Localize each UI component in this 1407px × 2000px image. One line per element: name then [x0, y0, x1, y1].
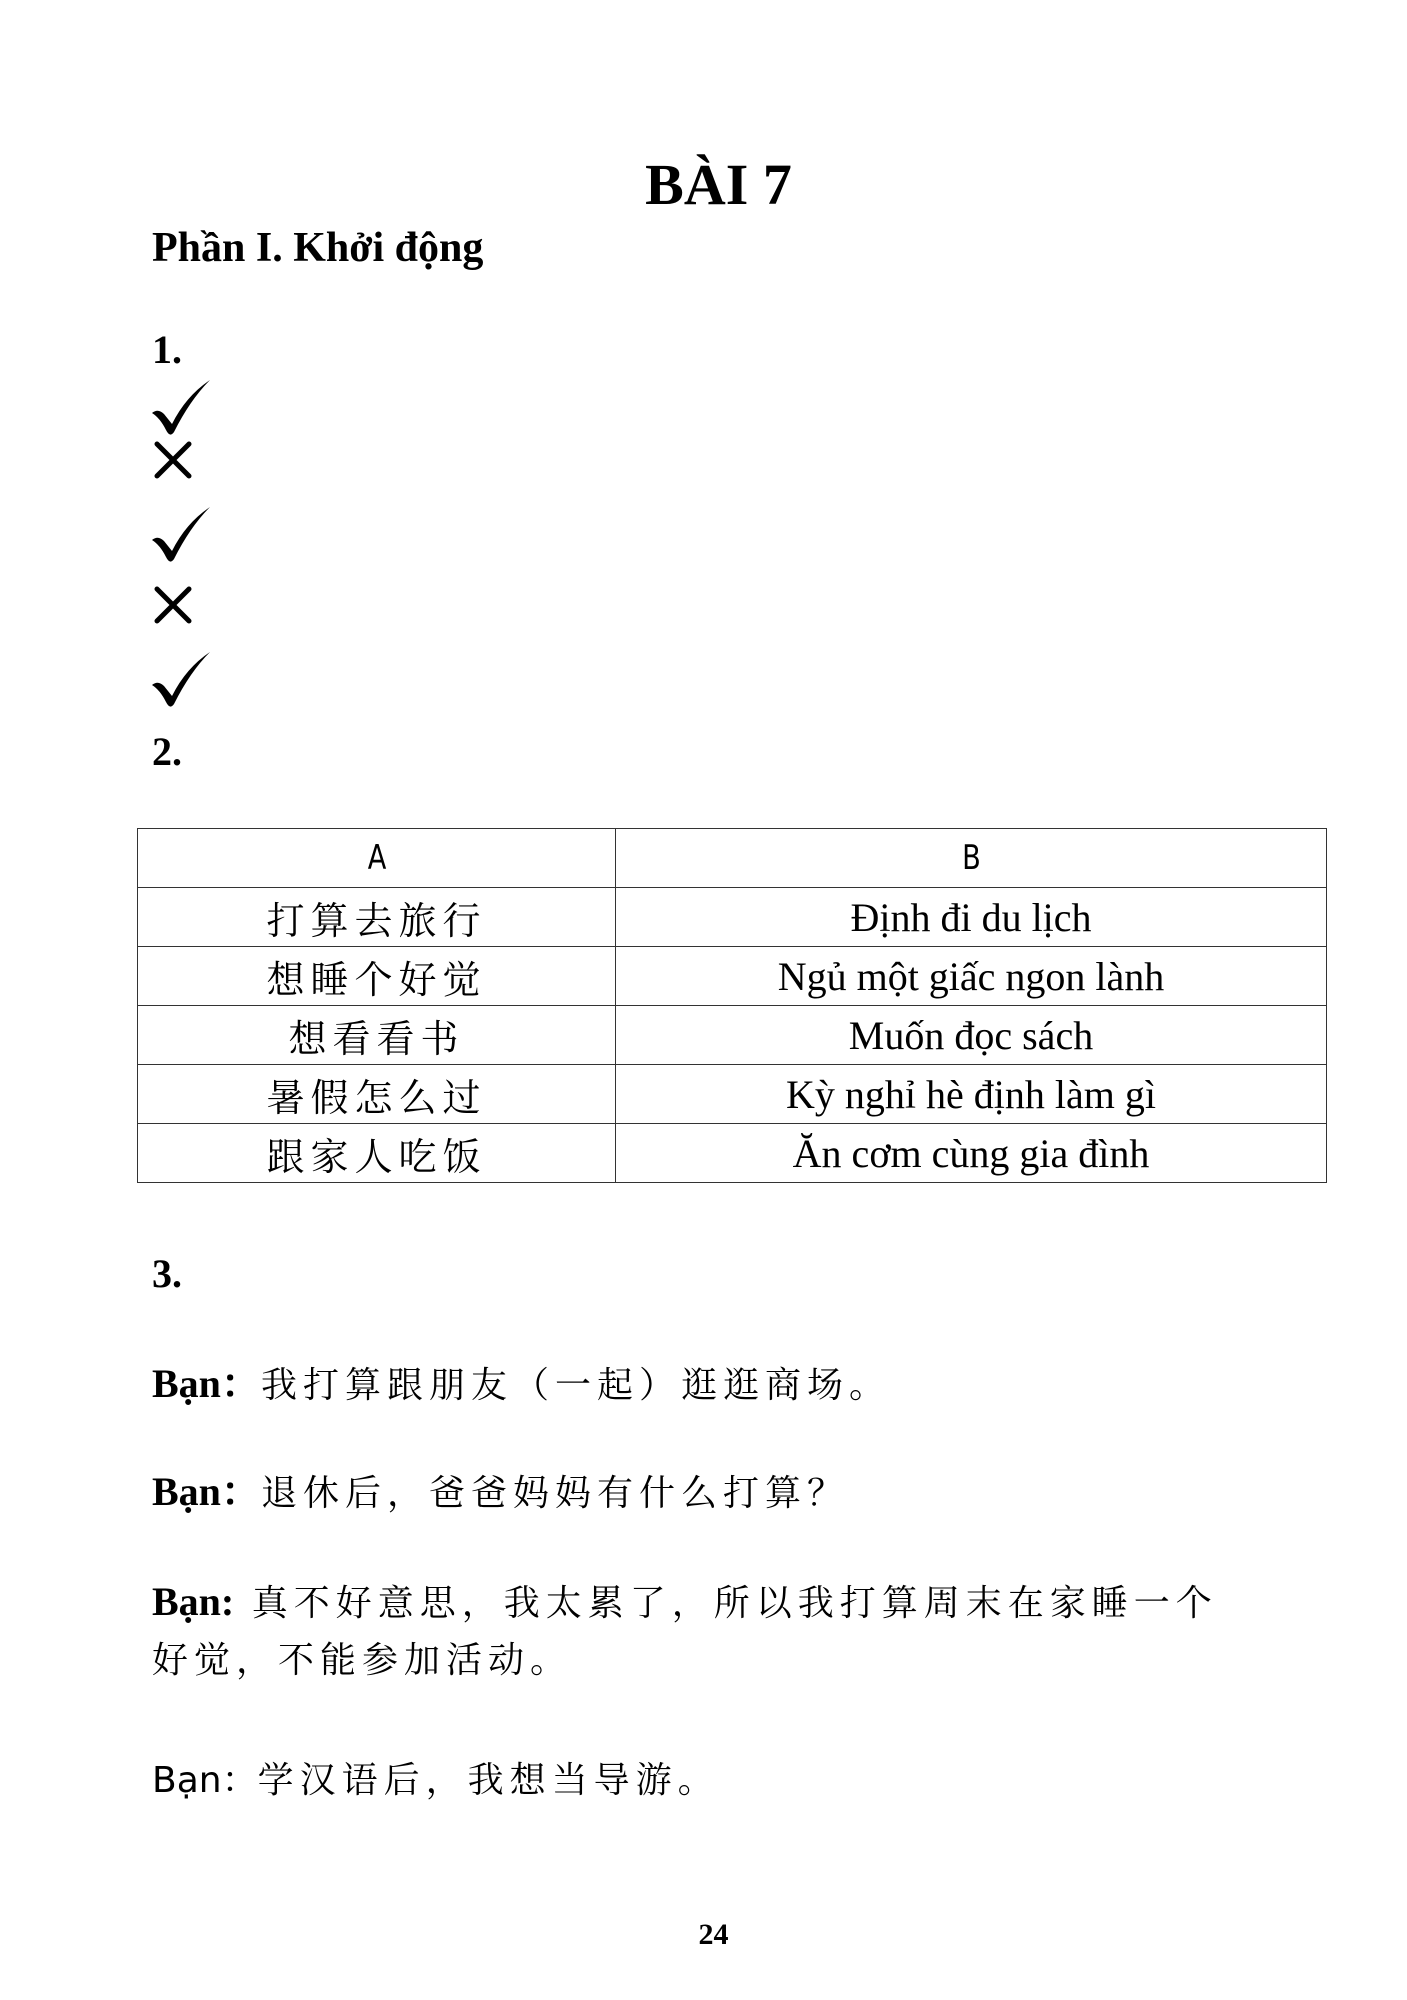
speaker-label: Bạn:: [152, 1579, 234, 1624]
cell-vietnamese: Muốn đọc sách: [616, 1006, 1327, 1065]
table-header-row: A B: [138, 829, 1327, 888]
dialogue-text: 退休后，爸爸妈妈有什么打算？: [261, 1473, 849, 1514]
dialogue-line: Bạn: 真不好意思，我太累了，所以我打算周末在家睡一个好觉，不能参加活动。: [152, 1574, 1232, 1689]
cell-chinese: 想看看书: [138, 1006, 616, 1065]
table-row: 想睡个好觉 Ngủ một giấc ngon lành: [138, 947, 1327, 1006]
page-number: 24: [0, 1918, 1407, 1952]
section-heading: Phần I. Khởi động: [152, 222, 483, 274]
cross-icon: [153, 585, 193, 625]
speaker-label: Bạn：: [152, 1469, 261, 1514]
column-header-b: B: [687, 829, 1256, 888]
cell-vietnamese: Định đi du lịch: [616, 888, 1327, 947]
table-row: 打算去旅行 Định đi du lịch: [138, 888, 1327, 947]
dialogue-line: Bạn：我打算跟朋友（一起）逛逛商场。: [152, 1358, 1232, 1412]
cell-vietnamese: Ngủ một giấc ngon lành: [616, 947, 1327, 1006]
cell-chinese: 想睡个好觉: [138, 947, 616, 1006]
table-row: 跟家人吃饭 Ăn cơm cùng gia đình: [138, 1124, 1327, 1183]
table-row: 想看看书 Muốn đọc sách: [138, 1006, 1327, 1065]
check-icon: [150, 505, 210, 565]
column-header-a: A: [185, 829, 567, 888]
question-3-number: 3.: [152, 1250, 182, 1298]
question-1-number: 1.: [152, 326, 182, 374]
cell-vietnamese: Kỳ nghỉ hè định làm gì: [616, 1065, 1327, 1124]
cross-icon: [153, 440, 193, 480]
cell-chinese: 跟家人吃饭: [138, 1124, 616, 1183]
question-2-number: 2.: [152, 728, 182, 776]
speaker-label: Bạn：: [152, 1760, 258, 1801]
dialogue-line: Bạn：退休后，爸爸妈妈有什么打算？: [152, 1466, 1232, 1520]
check-icon: [150, 650, 210, 710]
table-row: 暑假怎么过 Kỳ nghỉ hè định làm gì: [138, 1065, 1327, 1124]
dialogue-line: Bạn：学汉语后，我想当导游。: [152, 1754, 1232, 1807]
cell-vietnamese: Ăn cơm cùng gia đình: [616, 1124, 1327, 1183]
dialogue-text: 我打算跟朋友（一起）逛逛商场。: [261, 1365, 891, 1406]
speaker-label: Bạn：: [152, 1361, 261, 1406]
cell-chinese: 暑假怎么过: [138, 1065, 616, 1124]
dialogue-text: 真不好意思，我太累了，所以我打算周末在家睡一个好觉，不能参加活动。: [152, 1583, 1218, 1681]
lesson-title: BÀI 7: [0, 150, 1407, 220]
cell-chinese: 打算去旅行: [138, 888, 616, 947]
matching-table: A B 打算去旅行 Định đi du lịch 想睡个好觉 Ngủ một …: [137, 828, 1327, 1183]
dialogue-text: 学汉语后，我想当导游。: [258, 1760, 720, 1801]
check-icon: [150, 378, 210, 438]
